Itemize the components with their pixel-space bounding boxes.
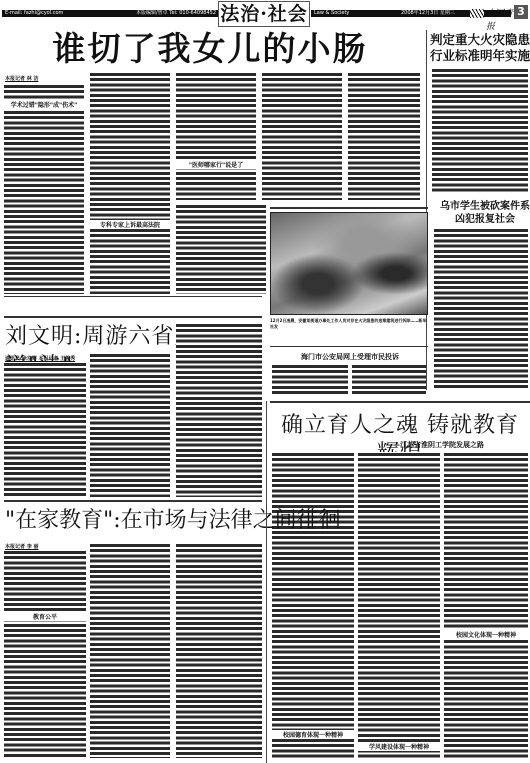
liu-story-col-2 xyxy=(90,353,170,497)
section-title-en: Law & Society xyxy=(314,10,349,17)
main-headline: 谁切了我女儿的小肠 xyxy=(0,29,420,69)
home-edu-subhead-1: 教育公平 xyxy=(4,612,86,621)
haimen-body-col-2 xyxy=(352,364,426,396)
home-edu-col-1 xyxy=(4,550,86,758)
section-title: 法治·社会 xyxy=(218,1,310,27)
side-story-1-body xyxy=(432,68,528,193)
divider xyxy=(4,316,262,318)
column-divider xyxy=(266,401,267,763)
main-story-col-3b xyxy=(176,204,266,294)
divider xyxy=(270,346,428,347)
edu-subhead-2: 学风建设体现一种精神 xyxy=(358,742,440,751)
home-edu-col-3 xyxy=(176,543,262,758)
liu-byline: 通讯员 徐京辉 本报记者 王俊秀 xyxy=(5,355,75,362)
main-story-col-5 xyxy=(348,72,420,200)
main-story-col-1 xyxy=(4,84,84,294)
divider xyxy=(270,401,530,403)
column-divider xyxy=(426,30,427,390)
main-story-col-2 xyxy=(90,72,170,294)
main-byline: 本报记者 林 洁 xyxy=(5,75,38,82)
header-contact: 本版编辑/曾卓 Tel: 010-64098452 xyxy=(136,10,216,17)
page-header: E-mail: fazhi@cyol.com 本版编辑/曾卓 Tel: 010-… xyxy=(0,0,530,28)
liu-story-col-3 xyxy=(176,323,262,497)
edu-story-col-1 xyxy=(272,452,354,758)
home-edu-col-2 xyxy=(90,543,170,758)
main-story-col-3 xyxy=(176,72,256,200)
edu-subhead-1: 校园德育体现一种精神 xyxy=(272,730,354,739)
photo-rule xyxy=(270,207,428,209)
haimen-body-col-1 xyxy=(272,364,348,396)
header-email: E-mail: fazhi@cyol.com xyxy=(5,10,63,16)
home-edu-headline: "在家教育":在市场与法律之间徘徊 xyxy=(5,507,265,535)
header-bar-left: E-mail: fazhi@cyol.com 本版编辑/曾卓 Tel: 010-… xyxy=(2,10,218,17)
main-subhead-2: 专科专家上诉最高法院 xyxy=(90,220,170,229)
news-photo xyxy=(270,212,428,315)
home-edu-byline: 本报记者 李 丽 xyxy=(5,543,38,550)
side-story-1-headline: 判定重大火灾隐患行业标准明年实施 xyxy=(430,32,530,64)
edu-subheadline: ——江苏省淮阴工学院发展之路 xyxy=(340,440,530,450)
photo-caption: 12月2日凌晨，安徽某街道办事处工作人员对存在火灾隐患的违章建筑进行拆除……新华… xyxy=(270,318,428,330)
issue-date: 2008年12月3日 星期三 xyxy=(401,10,455,17)
side-story-2-body xyxy=(434,228,528,390)
edu-story-col-2 xyxy=(358,452,440,758)
page-number: 3 xyxy=(514,5,528,19)
side-story-2-headline: 乌市学生被砍案件系凶犯报复社会 xyxy=(440,200,530,226)
edu-subhead-3: 校园文化体现一种精神 xyxy=(444,630,528,639)
main-story-col-4 xyxy=(262,72,342,200)
main-subhead-1: 学术过错"隐形"成"伤术" xyxy=(4,100,84,109)
divider xyxy=(4,500,262,502)
main-subhead-3: "医师哪家行"说是了 xyxy=(176,160,256,169)
liu-story-col-1 xyxy=(4,362,86,497)
edu-story-col-3 xyxy=(444,452,528,758)
divider xyxy=(4,296,262,297)
hatch-decoration-icon xyxy=(470,9,484,18)
haimen-headline: 海门市公安局网上受理市民投诉 xyxy=(270,352,430,362)
